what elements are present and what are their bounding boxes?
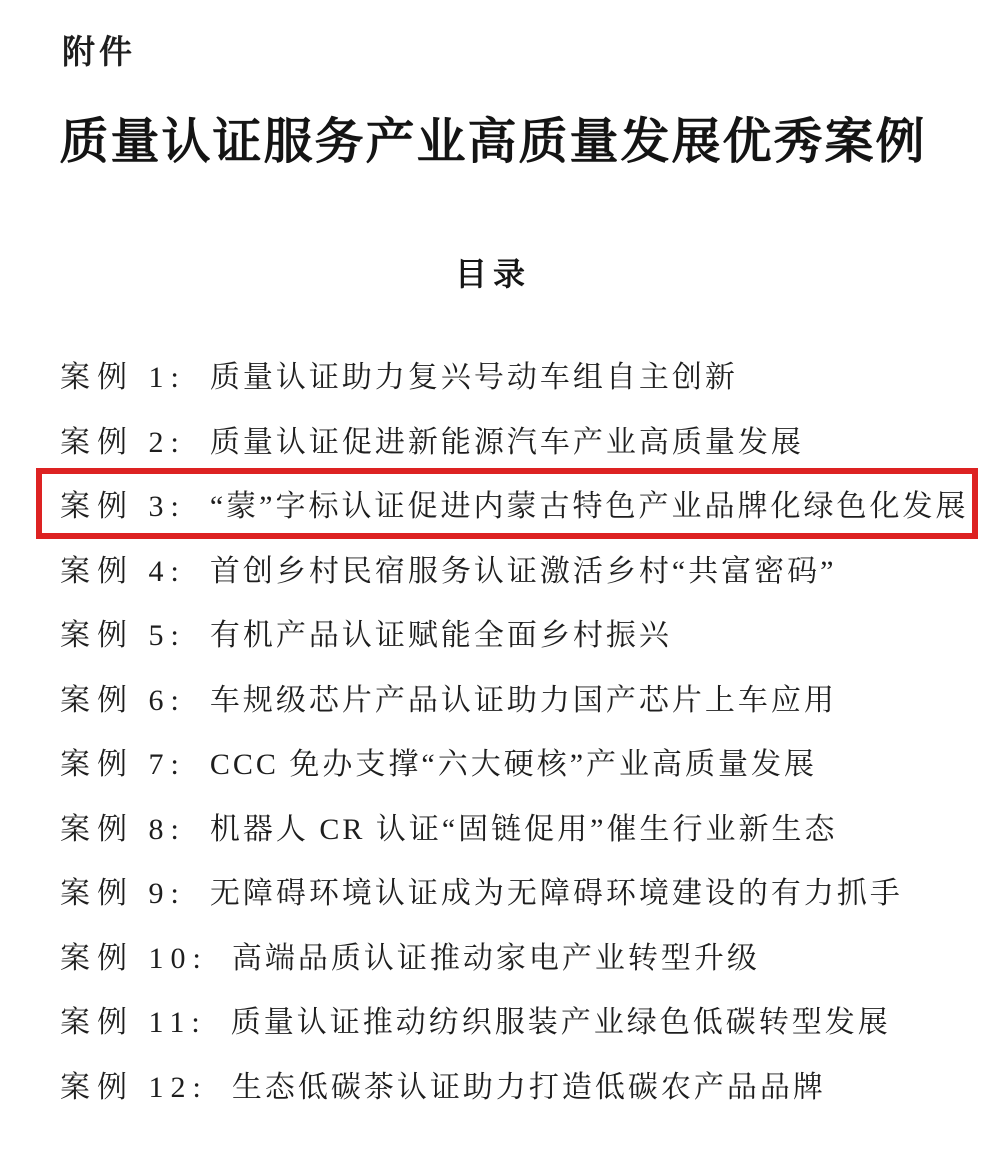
case-label: 案例 11: xyxy=(60,997,207,1041)
case-label: 案例 1: xyxy=(60,352,186,396)
case-label: 案例 9: xyxy=(60,868,186,912)
toc-item-7: 案例 7: CCC 免办支撑“六大硬核”产业高质量发展 xyxy=(60,729,986,794)
toc-list: 案例 1: 质量认证助力复兴号动车组自主创新 案例 2: 质量认证促进新能源汽车… xyxy=(60,342,986,1116)
case-title: 质量认证促进新能源汽车产业高质量发展 xyxy=(210,417,804,461)
case-title: 生态低碳茶认证助力打造低碳农产品品牌 xyxy=(232,1062,826,1106)
case-title: 质量认证推动纺织服装产业绿色低碳转型发展 xyxy=(231,997,891,1041)
toc-heading: 目录 xyxy=(0,249,986,295)
case-title: 车规级芯片产品认证助力国产芯片上车应用 xyxy=(210,675,837,719)
toc-item-11: 案例 11: 质量认证推动纺织服装产业绿色低碳转型发展 xyxy=(60,987,986,1052)
case-title: 首创乡村民宿服务认证激活乡村“共富密码” xyxy=(210,546,837,590)
attachment-label: 附件 xyxy=(62,26,136,73)
case-label: 案例 12: xyxy=(60,1062,208,1106)
case-label: 案例 8: xyxy=(60,804,186,848)
case-title: 高端品质认证推动家电产业转型升级 xyxy=(232,933,760,977)
toc-item-3-highlighted: 案例 3: “蒙”字标认证促进内蒙古特色产业品牌化绿色化发展 xyxy=(60,471,986,536)
case-label: 案例 2: xyxy=(60,417,186,461)
toc-item-2: 案例 2: 质量认证促进新能源汽车产业高质量发展 xyxy=(60,407,986,472)
case-label: 案例 3: xyxy=(60,481,186,525)
toc-item-4: 案例 4: 首创乡村民宿服务认证激活乡村“共富密码” xyxy=(60,536,986,601)
page-title: 质量认证服务产业高质量发展优秀案例 xyxy=(0,103,986,173)
toc-item-8: 案例 8: 机器人 CR 认证“固链促用”催生行业新生态 xyxy=(60,794,986,859)
case-label: 案例 5: xyxy=(60,610,186,654)
case-title: 无障碍环境认证成为无障碍环境建设的有力抓手 xyxy=(210,868,903,912)
case-label: 案例 4: xyxy=(60,546,186,590)
toc-item-6: 案例 6: 车规级芯片产品认证助力国产芯片上车应用 xyxy=(60,665,986,730)
case-label: 案例 10: xyxy=(60,933,208,977)
toc-item-5: 案例 5: 有机产品认证赋能全面乡村振兴 xyxy=(60,600,986,665)
case-title: “蒙”字标认证促进内蒙古特色产业品牌化绿色化发展 xyxy=(210,481,969,525)
case-title: CCC 免办支撑“六大硬核”产业高质量发展 xyxy=(210,739,817,783)
case-title: 机器人 CR 认证“固链促用”催生行业新生态 xyxy=(210,804,838,848)
case-title: 质量认证助力复兴号动车组自主创新 xyxy=(210,352,738,396)
case-label: 案例 6: xyxy=(60,675,186,719)
case-title: 有机产品认证赋能全面乡村振兴 xyxy=(210,610,672,654)
toc-item-10: 案例 10: 高端品质认证推动家电产业转型升级 xyxy=(60,923,986,988)
toc-item-9: 案例 9: 无障碍环境认证成为无障碍环境建设的有力抓手 xyxy=(60,858,986,923)
toc-item-12: 案例 12: 生态低碳茶认证助力打造低碳农产品品牌 xyxy=(60,1052,986,1117)
document-page: 附件 质量认证服务产业高质量发展优秀案例 目录 案例 1: 质量认证助力复兴号动… xyxy=(0,0,986,1152)
case-label: 案例 7: xyxy=(60,739,186,783)
toc-item-1: 案例 1: 质量认证助力复兴号动车组自主创新 xyxy=(60,342,986,407)
